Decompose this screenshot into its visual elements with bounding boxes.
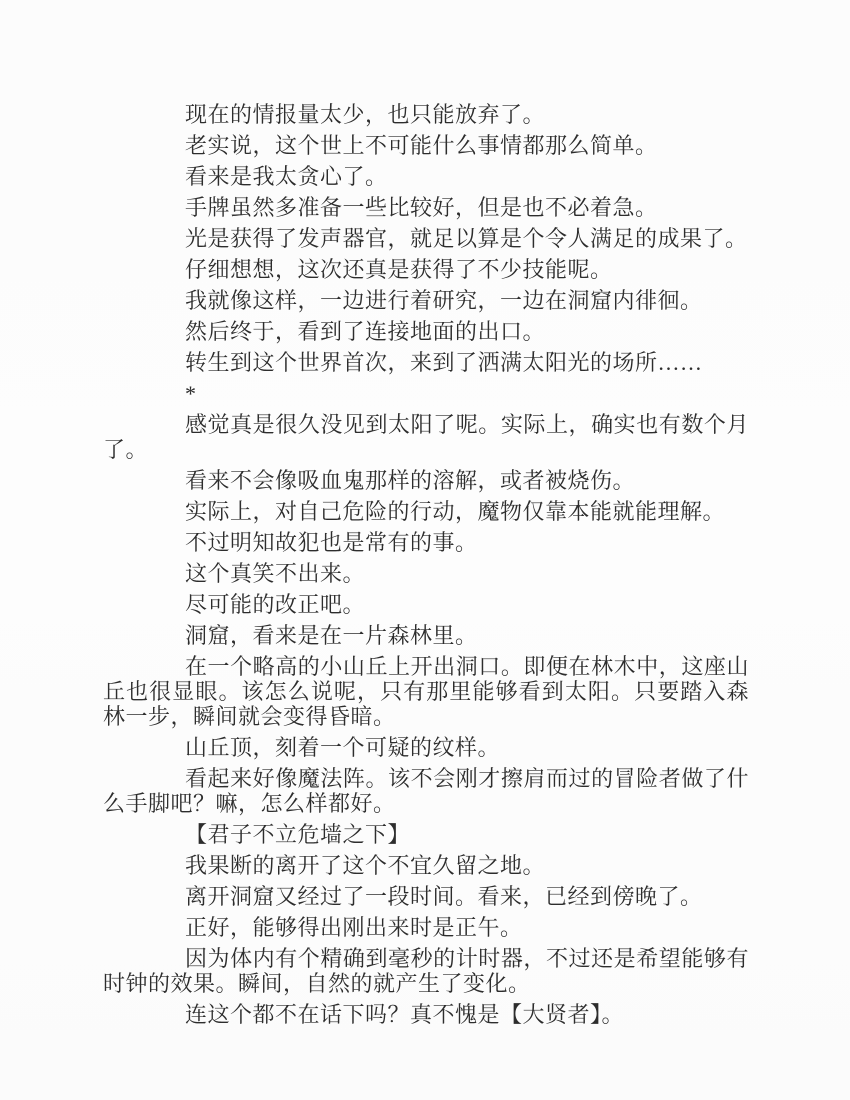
paragraph: 实际上，对自己危险的行动，魔物仅靠本能就能理解。 (103, 499, 749, 524)
section-separator: * (103, 381, 749, 406)
paragraph: 连这个都不在话下吗？真不愧是【大贤者】。 (103, 1002, 749, 1027)
paragraph: 我果断的离开了这个不宜久留之地。 (103, 853, 749, 878)
paragraph: 手牌虽然多准备一些比较好，但是也不必着急。 (103, 195, 749, 220)
paragraph: 山丘顶，刻着一个可疑的纹样。 (103, 735, 749, 760)
paragraph: 看来不会像吸血鬼那样的溶解，或者被烧伤。 (103, 468, 749, 493)
paragraph: 正好，能够得出刚出来时是正午。 (103, 915, 749, 940)
paragraph: 不过明知故犯也是常有的事。 (103, 530, 749, 555)
paragraph: 转生到这个世界首次，来到了洒满太阳光的场所…… (103, 350, 749, 375)
paragraph: 这个真笑不出来。 (103, 561, 749, 586)
paragraph: 离开洞窟又经过了一段时间。看来，已经到傍晚了。 (103, 884, 749, 909)
paragraph: 我就像这样，一边进行着研究，一边在洞窟内徘徊。 (103, 288, 749, 313)
paragraph: 感觉真是很久没见到太阳了呢。实际上，确实也有数个月了。 (103, 412, 749, 462)
paragraph: 然后终于，看到了连接地面的出口。 (103, 319, 749, 344)
paragraph: 仔细想想，这次还真是获得了不少技能呢。 (103, 257, 749, 282)
paragraph: 尽可能的改正吧。 (103, 592, 749, 617)
paragraph: 老实说，这个世上不可能什么事情都那么简单。 (103, 133, 749, 158)
paragraph: 因为体内有个精确到毫秒的计时器，不过还是希望能够有时钟的效果。瞬间，自然的就产生… (103, 946, 749, 996)
paragraph: 现在的情报量太少，也只能放弃了。 (103, 102, 749, 127)
paragraph: 【君子不立危墙之下】 (103, 822, 749, 847)
paragraph: 在一个略高的小山丘上开出洞口。即便在林木中，这座山丘也很显眼。该怎么说呢，只有那… (103, 654, 749, 729)
paragraph: 看起来好像魔法阵。该不会刚才擦肩而过的冒险者做了什么手脚吧？嘛，怎么样都好。 (103, 766, 749, 816)
document-page: 现在的情报量太少，也只能放弃了。老实说，这个世上不可能什么事情都那么简单。看来是… (0, 0, 850, 1100)
paragraph: 光是获得了发声器官，就足以算是个令人满足的成果了。 (103, 226, 749, 251)
text-content: 现在的情报量太少，也只能放弃了。老实说，这个世上不可能什么事情都那么简单。看来是… (103, 102, 749, 1033)
paragraph: 洞窟，看来是在一片森林里。 (103, 623, 749, 648)
paragraph: 看来是我太贪心了。 (103, 164, 749, 189)
